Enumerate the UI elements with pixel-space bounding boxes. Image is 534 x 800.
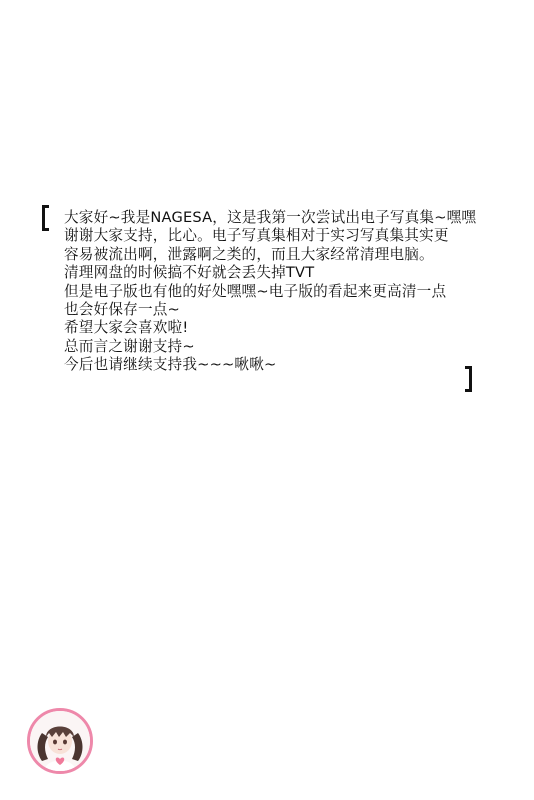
message-line: 清理网盘的时候搞不好就会丢失掉TVT	[64, 264, 504, 282]
avatar-logo	[27, 708, 93, 774]
message-line: 容易被流出啊，泄露啊之类的，而且大家经常清理电脑。	[64, 246, 504, 264]
message-line: 希望大家会喜欢啦!	[64, 319, 504, 337]
message-line: 谢谢大家支持，比心。电子写真集相对于实习写真集其实更	[64, 227, 504, 245]
message-line: 总而言之谢谢支持~	[64, 338, 504, 356]
message-line: 也会好保存一点~	[64, 301, 504, 319]
message-line: 大家好~我是NAGESA，这是我第一次尝试出电子写真集~嘿嘿	[64, 209, 504, 227]
open-bracket	[42, 205, 49, 231]
message-line: 但是电子版也有他的好处嘿嘿~电子版的看起来更高清一点	[64, 283, 504, 301]
avatar-girl-icon	[30, 711, 90, 771]
close-bracket	[465, 366, 472, 392]
message-line: 今后也请继续支持我~~~啾啾~	[64, 356, 504, 374]
message-block: 大家好~我是NAGESA，这是我第一次尝试出电子写真集~嘿嘿 谢谢大家支持，比心…	[64, 209, 504, 375]
